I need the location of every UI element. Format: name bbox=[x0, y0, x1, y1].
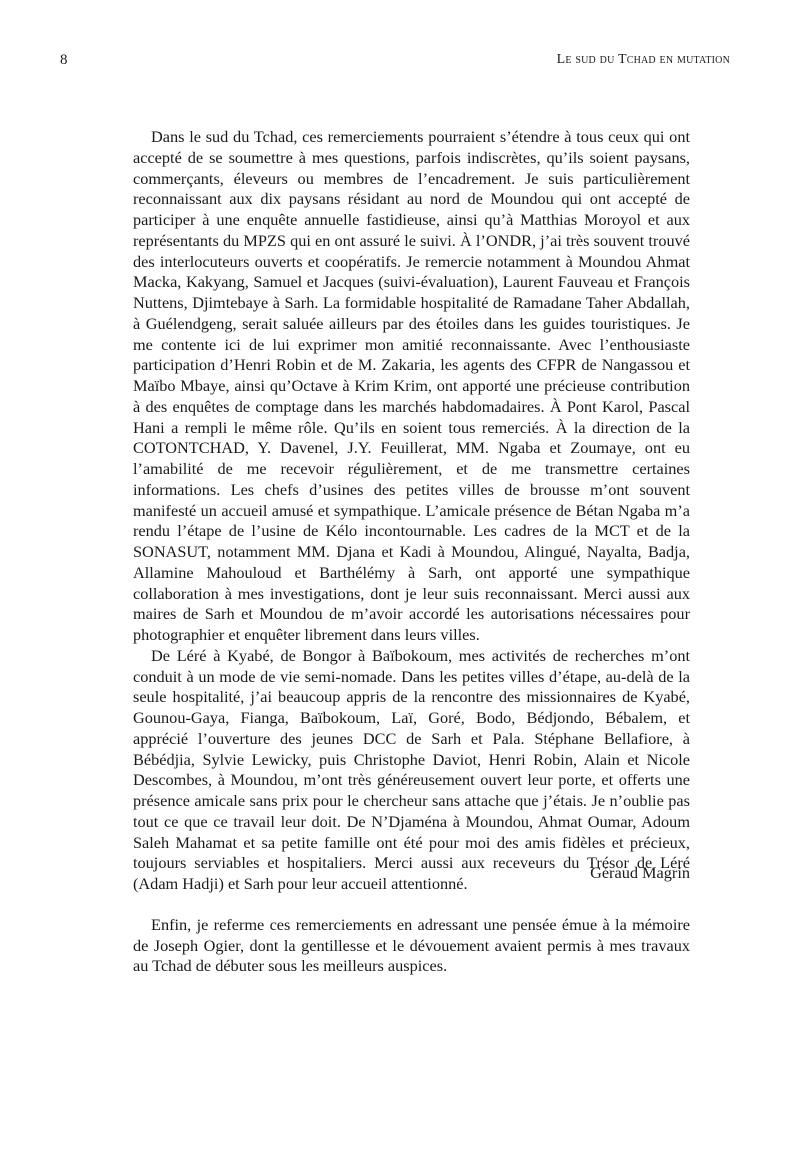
paragraph-closing: Enfin, je referme ces remerciements en a… bbox=[133, 915, 690, 977]
paragraph-acknowledgements-travels: De Léré à Kyabé, de Bongor à Baïbokoum, … bbox=[133, 646, 690, 895]
paragraph-acknowledgements-south: Dans le sud du Tchad, ces remerciements … bbox=[133, 127, 690, 646]
page-number: 8 bbox=[60, 52, 68, 69]
body-text: Dans le sud du Tchad, ces remerciements … bbox=[133, 127, 690, 977]
running-head: Le sud du Tchad en mutation bbox=[557, 52, 730, 68]
signature: Géraud Magrin bbox=[590, 863, 690, 883]
